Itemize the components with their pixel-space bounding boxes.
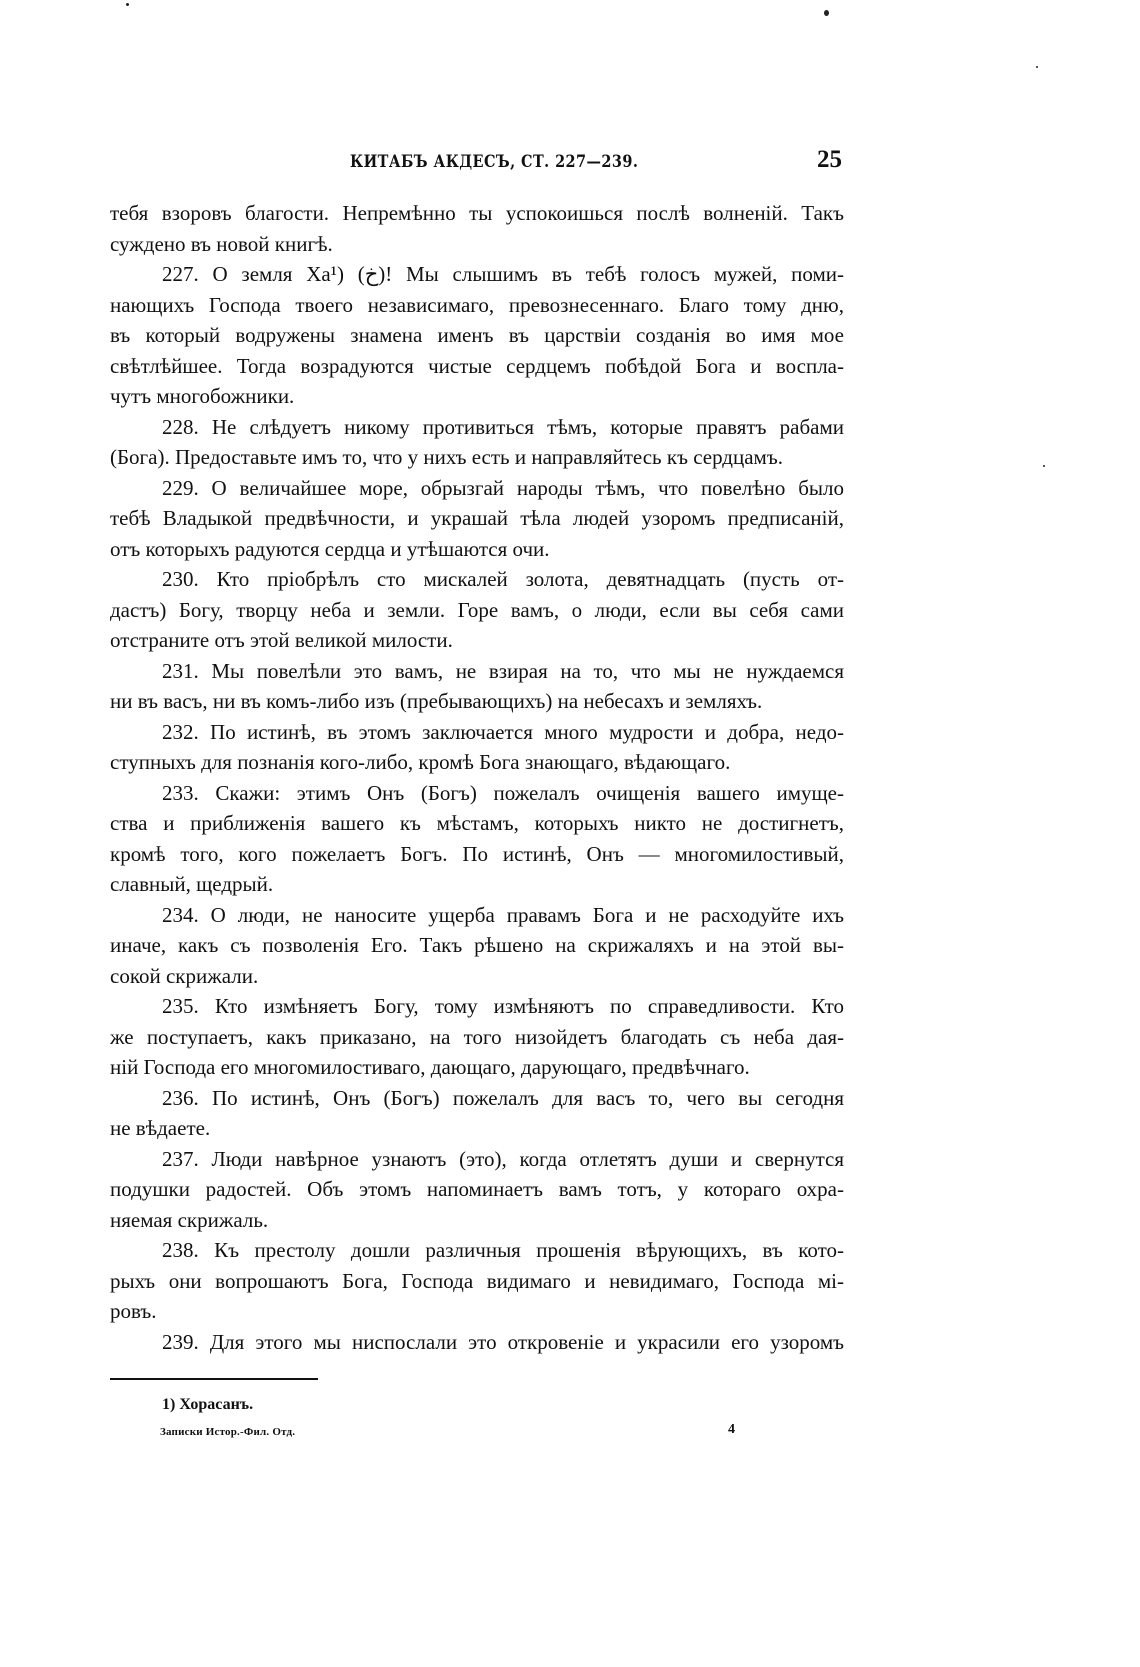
text-line: не вѣдаете. [110, 1113, 844, 1144]
verse-start-line: 230. Кто пріобрѣлъ сто мискалей золота, … [110, 564, 844, 595]
running-head: КИТАБЪ АКДЕСЪ, СТ. 227—239. 25 [110, 150, 844, 178]
text-line: сокой скрижали. [110, 961, 844, 992]
text-line: свѣтлѣйшее. Тогда возрадуются чистые сер… [110, 351, 844, 382]
scan-speck [824, 10, 829, 16]
text-line: отстраните отъ этой великой милости. [110, 625, 844, 656]
text-line: подушки радостей. Объ этомъ напоминаетъ … [110, 1174, 844, 1205]
text-line: суждено въ новой книгѣ. [110, 229, 844, 260]
text-line: тебѣ Владыкой предвѣчности, и украшай тѣ… [110, 503, 844, 534]
text-line: ни въ васъ, ни въ комъ-либо изъ (пребыва… [110, 686, 844, 717]
text-line: кромѣ того, кого пожелаетъ Богъ. По исти… [110, 839, 844, 870]
text-line: ровъ. [110, 1296, 844, 1327]
text-line: дастъ) Богу, творцу неба и земли. Горе в… [110, 595, 844, 626]
document-page: КИТАБЪ АКДЕСЪ, СТ. 227—239. 25 тебя взор… [0, 0, 1140, 1667]
verse-start-line: 235. Кто измѣняетъ Богу, тому измѣняютъ … [110, 991, 844, 1022]
text-line: иначе, какъ съ позволенія Его. Такъ рѣше… [110, 930, 844, 961]
verse-start-line: 239. Для этого мы ниспослали это открове… [110, 1327, 844, 1358]
running-title: КИТАБЪ АКДЕСЪ, СТ. 227—239. [350, 152, 638, 172]
verse-start-line: 228. Не слѣдуетъ никому противиться тѣмъ… [110, 412, 844, 443]
scan-speck [1036, 66, 1038, 68]
text-line: отъ которыхъ радуются сердца и утѣшаются… [110, 534, 844, 565]
text-line: ступныхъ для познанія кого-либо, кромѣ Б… [110, 747, 844, 778]
scan-speck [126, 3, 129, 6]
text-line: няемая скрижаль. [110, 1205, 844, 1236]
verse-start-line: 236. По истинѣ, Онъ (Богъ) пожелалъ для … [110, 1083, 844, 1114]
verse-start-line: 227. О земля Ха¹) (خ)! Мы слышимъ въ теб… [110, 259, 844, 290]
page-number: 25 [817, 146, 842, 174]
verse-start-line: 234. О люди, не наносите ущерба правамъ … [110, 900, 844, 931]
verse-start-line: 233. Скажи: этимъ Онъ (Богъ) пожелалъ оч… [110, 778, 844, 809]
verse-start-line: 231. Мы повелѣли это вамъ, не взирая на … [110, 656, 844, 687]
footnote-divider [110, 1378, 318, 1380]
text-line: же поступаетъ, какъ приказано, на того н… [110, 1022, 844, 1053]
text-line: славный, щедрый. [110, 869, 844, 900]
sheet-number: 4 [728, 1422, 735, 1438]
text-line: нающихъ Господа твоего независимаго, пре… [110, 290, 844, 321]
verse-start-line: 238. Къ престолу дошли различныя прошені… [110, 1235, 844, 1266]
body-text: тебя взоровъ благости. Непремѣнно ты усп… [110, 198, 844, 1357]
scan-speck [1043, 465, 1045, 467]
footnote: 1) Хорасанъ. [162, 1396, 253, 1414]
verse-start-line: 237. Люди навѣрное узнаютъ (это), когда … [110, 1144, 844, 1175]
signature-mark: Записки Истор.-Фил. Отд. [160, 1426, 295, 1438]
text-line: въ который водружены знамена именъ въ ца… [110, 320, 844, 351]
verse-start-line: 229. О величайшее море, обрызгай народы … [110, 473, 844, 504]
text-line: тебя взоровъ благости. Непремѣнно ты усп… [110, 198, 844, 229]
text-line: чутъ многобожники. [110, 381, 844, 412]
text-line: ній Господа его многомилостиваго, дающаг… [110, 1052, 844, 1083]
text-line: (Бога). Предоставьте имъ то, что у нихъ … [110, 442, 844, 473]
text-line: рыхъ они вопрошаютъ Бога, Господа видима… [110, 1266, 844, 1297]
text-line: ства и приближенія вашего къ мѣстамъ, ко… [110, 808, 844, 839]
verse-start-line: 232. По истинѣ, въ этомъ заключается мно… [110, 717, 844, 748]
